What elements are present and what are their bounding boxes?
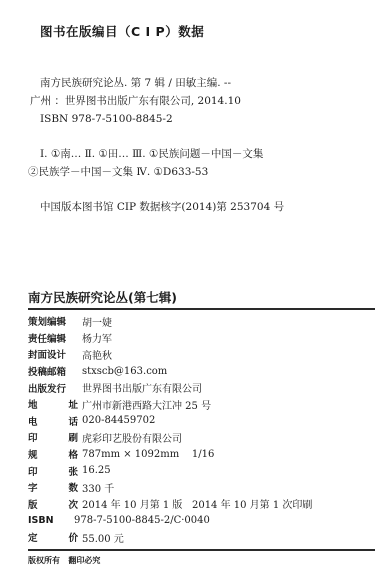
info-value: 广州市新港西路大江冲 25 号 xyxy=(82,397,211,412)
publication-info-table: 策划编辑 胡一婕 责任编辑 杨力军 封面设计 高艳秋 投稿邮箱 stxscb@1… xyxy=(28,313,312,545)
copyright-notice: 版权所有 翻印必究 xyxy=(28,555,100,566)
info-row-format: 规格 787mm × 1092mm 1/16 xyxy=(28,446,312,463)
info-label-char: 价 xyxy=(68,530,78,544)
info-label: 封面设计 xyxy=(28,347,78,361)
info-label-char: 印 xyxy=(28,430,38,444)
info-row-printer: 印刷 虎彩印艺股份有限公司 xyxy=(28,429,312,446)
info-label-char: 字 xyxy=(28,480,38,494)
info-label: 版次 xyxy=(28,497,78,511)
info-value: 16.25 xyxy=(82,465,111,476)
info-row-word-count: 字数 330 千 xyxy=(28,479,312,496)
info-label-char: 数 xyxy=(68,480,78,494)
cip-line-1: 南方民族研究论丛. 第 7 辑 / 田敏主编. -- xyxy=(40,74,231,92)
info-label: 规格 xyxy=(28,447,78,461)
info-row-phone: 电话 020-84459702 xyxy=(28,413,312,430)
info-label-char: 张 xyxy=(68,464,78,478)
info-label-char: 地 xyxy=(28,397,38,411)
info-label-char: 话 xyxy=(68,414,78,428)
info-row-planning-editor: 策划编辑 胡一婕 xyxy=(28,313,312,330)
book-title: 南方民族研究论丛(第七辑) xyxy=(28,288,177,306)
info-label: 定价 xyxy=(28,530,78,544)
info-value: 330 千 xyxy=(82,480,114,495)
info-label: 印张 xyxy=(28,464,78,478)
info-label-char: 格 xyxy=(68,447,78,461)
info-label: 电话 xyxy=(28,414,78,428)
info-value: 787mm × 1092mm 1/16 xyxy=(82,449,214,460)
info-value: 虎彩印艺股份有限公司 xyxy=(82,430,182,445)
info-label: 地址 xyxy=(28,397,78,411)
info-row-cover-design: 封面设计 高艳秋 xyxy=(28,346,312,363)
info-value: 978-7-5100-8845-2/C·0040 xyxy=(74,515,210,526)
info-value: 高艳秋 xyxy=(82,347,112,362)
info-label-char: 次 xyxy=(68,497,78,511)
info-row-address: 地址 广州市新港西路大江冲 25 号 xyxy=(28,396,312,413)
info-value: 胡一婕 xyxy=(82,314,112,329)
info-row-publisher: 出版发行 世界图书出版广东有限公司 xyxy=(28,379,312,396)
info-label: ISBN xyxy=(28,515,70,526)
info-label: 投稿邮箱 xyxy=(28,364,78,378)
cip-line-4: Ⅰ. ①南… Ⅱ. ①田… Ⅲ. ①民族问题－中国－文集 xyxy=(40,145,263,163)
info-row-submission-email: 投稿邮箱 stxscb@163.com xyxy=(28,363,312,380)
info-row-price: 定价 55.00 元 xyxy=(28,529,312,546)
info-label-char: 印 xyxy=(28,464,38,478)
info-label: 责任编辑 xyxy=(28,331,78,345)
info-label: 策划编辑 xyxy=(28,314,78,328)
top-divider xyxy=(28,308,375,310)
info-label-char: 刷 xyxy=(68,430,78,444)
info-label: 印刷 xyxy=(28,430,78,444)
info-label-char: 电 xyxy=(28,414,38,428)
info-value: 杨力军 xyxy=(82,330,112,345)
info-label-char: 址 xyxy=(68,397,78,411)
info-row-responsible-editor: 责任编辑 杨力军 xyxy=(28,330,312,347)
info-value: 2014 年 10 月第 1 版 2014 年 10 月第 1 次印刷 xyxy=(82,496,312,511)
cip-line-6: 中国版本图书馆 CIP 数据核字(2014)第 253704 号 xyxy=(40,198,284,216)
info-value: 55.00 元 xyxy=(82,530,124,545)
info-row-isbn: ISBN 978-7-5100-8845-2/C·0040 xyxy=(28,512,312,529)
info-value: 世界图书出版广东有限公司 xyxy=(82,380,202,395)
info-row-printed-sheets: 印张 16.25 xyxy=(28,462,312,479)
info-row-edition: 版次 2014 年 10 月第 1 版 2014 年 10 月第 1 次印刷 xyxy=(28,496,312,513)
cip-line-2: 广州 ：世界图书出版广东有限公司, 2014.10 xyxy=(30,92,241,110)
info-label: 出版发行 xyxy=(28,381,78,395)
info-value: 020-84459702 xyxy=(82,415,155,426)
cip-line-5: ②民族学－中国－文集 Ⅳ. ①D633-53 xyxy=(28,163,208,181)
cip-heading: 图书在版编目（C I P）数据 xyxy=(40,22,204,40)
bottom-divider xyxy=(28,549,375,551)
info-label-char: 规 xyxy=(28,447,38,461)
info-label: 字数 xyxy=(28,480,78,494)
cip-line-3: ISBN 978-7-5100-8845-2 xyxy=(40,110,173,128)
info-value: stxscb@163.com xyxy=(82,366,167,377)
info-label-char: 定 xyxy=(28,530,38,544)
info-label-char: 版 xyxy=(28,497,38,511)
